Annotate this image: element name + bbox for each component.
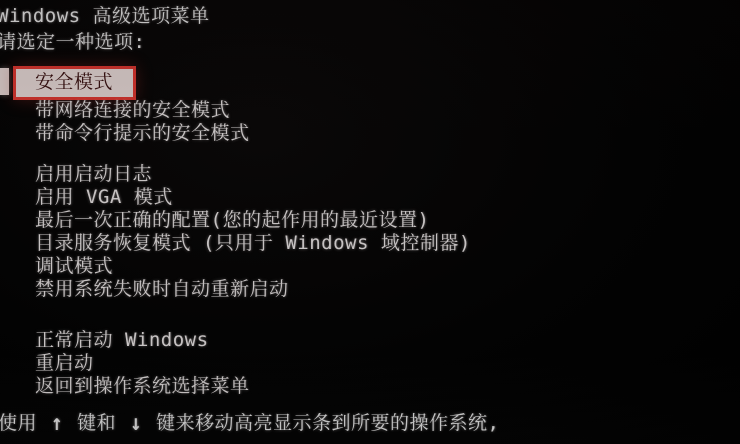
menu-item-start-windows-normally[interactable]: 正常启动 Windows	[35, 329, 209, 352]
hint-middle-text: 键和	[77, 412, 116, 434]
hint-suffix-text: 键来移动高亮显示条到所要的操作系统,	[156, 412, 499, 434]
hint-prefix-text: 使用	[0, 412, 37, 434]
menu-item-disable-automatic-restart[interactable]: 禁用系统失败时自动重新启动	[35, 278, 289, 301]
menu-item-safe-mode-command-prompt[interactable]: 带命令行提示的安全模式	[35, 122, 250, 145]
menu-item-enable-boot-logging[interactable]: 启用启动日志	[35, 163, 152, 186]
menu-item-enable-vga-mode[interactable]: 启用 VGA 模式	[35, 186, 173, 209]
menu-item-directory-services-restore-mode[interactable]: 目录服务恢复模式 (只用于 Windows 域控制器)	[35, 232, 471, 255]
prompt-text: 请选定一种选项:	[0, 31, 145, 54]
down-arrow-key-icon: ↓	[130, 410, 142, 436]
menu-item-reboot[interactable]: 重启动	[35, 352, 94, 375]
menu-item-label: 安全模式	[35, 71, 113, 93]
menu-item-return-to-os-choices[interactable]: 返回到操作系统选择菜单	[35, 375, 250, 398]
menu-item-last-known-good-configuration[interactable]: 最后一次正确的配置(您的起作用的最近设置)	[35, 209, 429, 232]
keyboard-hint: 使用↑键和↓键来移动高亮显示条到所要的操作系统,	[0, 412, 499, 435]
highlight-edge-fragment	[0, 68, 9, 95]
menu-item-safe-mode[interactable]: 安全模式	[13, 66, 136, 100]
menu-item-debugging-mode[interactable]: 调试模式	[35, 255, 113, 278]
page-title: Windows 高级选项菜单	[0, 5, 210, 28]
boot-options-screen: Windows 高级选项菜单 请选定一种选项: 安全模式 带网络连接的安全模式 …	[0, 0, 740, 444]
up-arrow-key-icon: ↑	[51, 410, 63, 436]
menu-item-safe-mode-networking[interactable]: 带网络连接的安全模式	[35, 99, 230, 122]
